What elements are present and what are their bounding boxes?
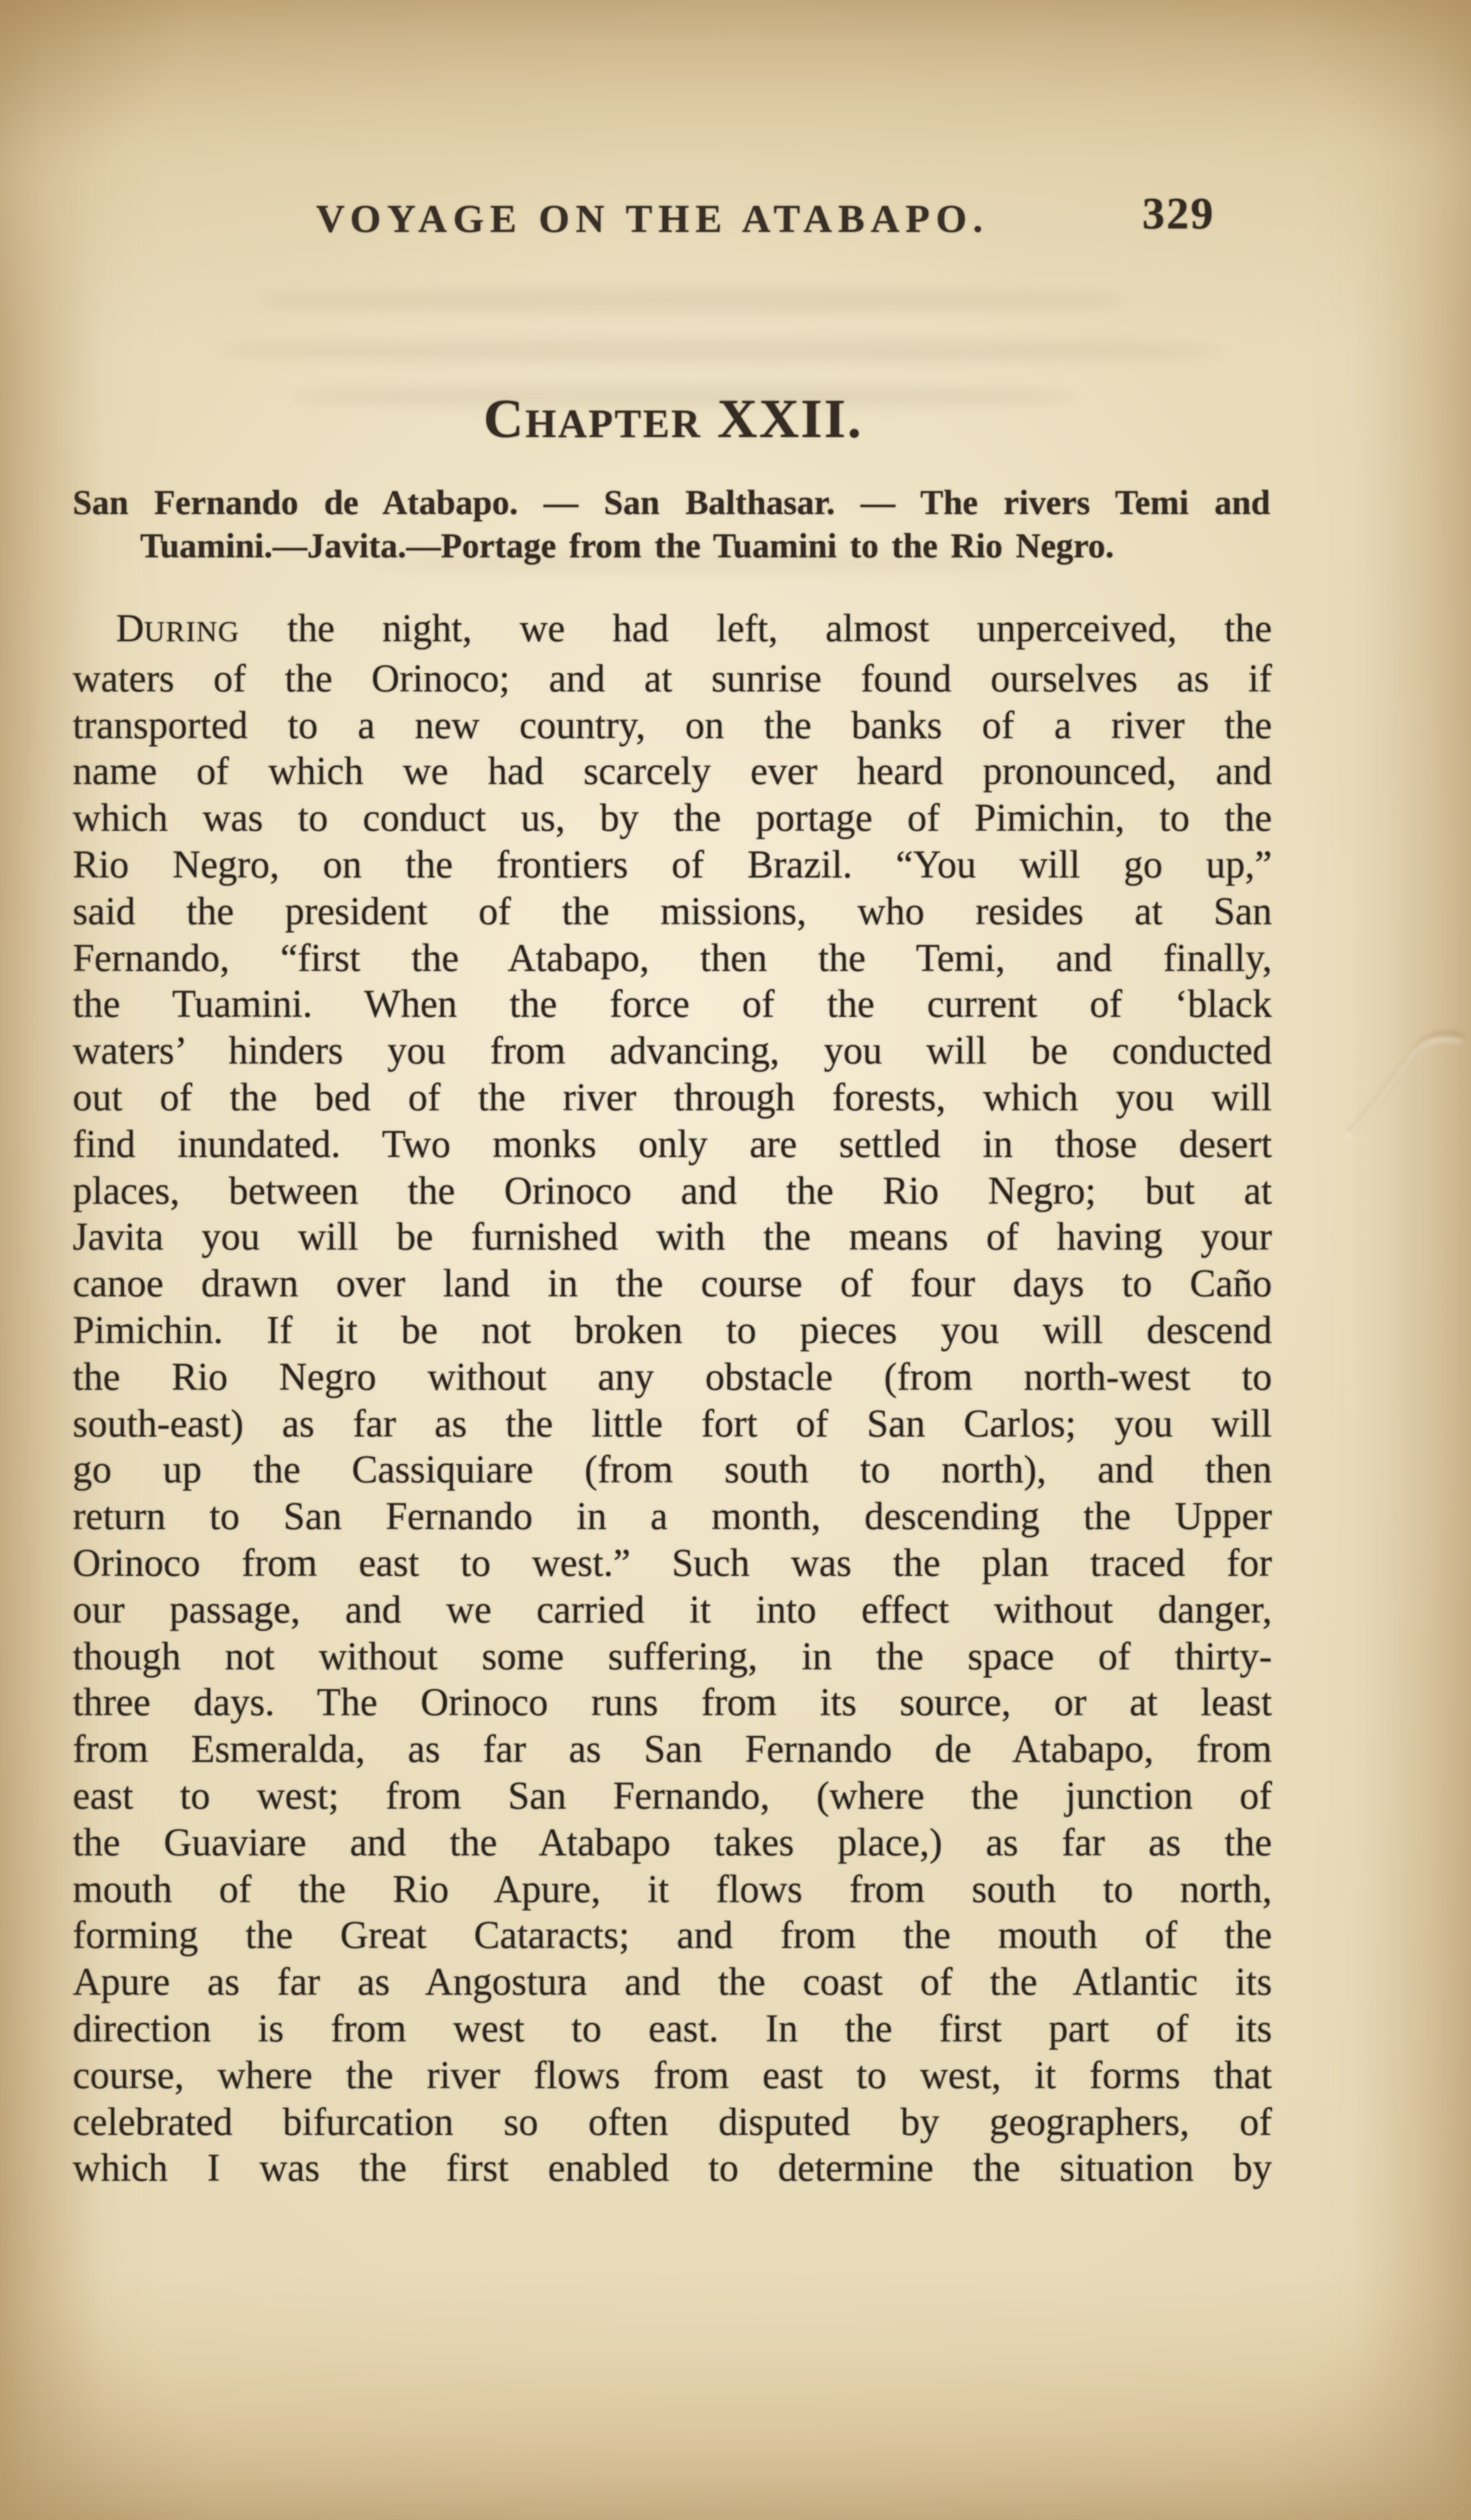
- body-text-line: go up the Cassiquiare (from south to nor…: [73, 1447, 1272, 1494]
- bleed-through-mark: [223, 339, 1218, 362]
- chapter-heading-smallcaps: hapter: [525, 402, 702, 446]
- body-text: During the night, we had left, almost un…: [73, 606, 1272, 2192]
- running-title: VOYAGE ON THE ATABAPO.: [316, 199, 989, 239]
- body-text-line: Rio Negro, on the frontiers of Brazil. “…: [73, 842, 1272, 889]
- paragraph-lead-smallcaps: uring: [145, 616, 240, 648]
- body-text-line: though not without some suffering, in th…: [73, 1634, 1272, 1681]
- body-text-line: the Rio Negro without any obstacle (from…: [73, 1354, 1272, 1401]
- body-text-line: find inundated. Two monks only are settl…: [73, 1122, 1272, 1168]
- body-text-line: During the night, we had left, almost un…: [73, 606, 1272, 656]
- body-text-line: course, where the river flows from east …: [73, 2053, 1272, 2099]
- body-text-line: which was to conduct us, by the portage …: [73, 795, 1272, 842]
- body-text-line: Apure as far as Angostura and the coast …: [73, 1959, 1272, 2006]
- chapter-heading-initial: C: [484, 388, 525, 449]
- paper-crease-mark: [1263, 995, 1471, 1186]
- summary-line: San Fernando de Atabapo. — San Balthasar…: [73, 481, 1270, 524]
- summary-line: Tuamini.—Javita.—Portage from the Tuamin…: [73, 524, 1270, 568]
- body-text-line: celebrated bifurcation so often disputed…: [73, 2099, 1272, 2146]
- body-text-line: the Tuamini. When the force of the curre…: [73, 981, 1272, 1028]
- page-number: 329: [1142, 192, 1215, 237]
- body-text-line: out of the bed of the river through fore…: [73, 1075, 1272, 1122]
- body-text-line: south-east) as far as the little fort of…: [73, 1401, 1272, 1448]
- body-text-lines: waters of the Orinoco; and at sunrise fo…: [73, 656, 1272, 2192]
- paragraph-lead-rest: the night, we had left, almost unperceiv…: [240, 607, 1272, 650]
- body-text-line: places, between the Orinoco and the Rio …: [73, 1168, 1272, 1215]
- body-text-line: direction is from west to east. In the f…: [73, 2006, 1272, 2053]
- body-text-line: east to west; from San Fernando, (where …: [73, 1773, 1272, 1820]
- body-text-line: the Guaviare and the Atabapo takes place…: [73, 1820, 1272, 1867]
- body-text-line: from Esmeralda, as far as San Fernando d…: [73, 1726, 1272, 1773]
- body-text-line: Javita you will be furnished with the me…: [73, 1214, 1272, 1261]
- body-text-line: waters’ hinders you from advancing, you …: [73, 1028, 1272, 1075]
- body-text-line: Pimichin. If it be not broken to pieces …: [73, 1308, 1272, 1354]
- chapter-heading: Chapter XXII.: [484, 391, 863, 447]
- body-text-line: said the president of the missions, who …: [73, 889, 1272, 935]
- body-text-line: mouth of the Rio Apure, it flows from so…: [73, 1867, 1272, 1913]
- book-page-scan: VOYAGE ON THE ATABAPO. 329 Chapter XXII.…: [0, 0, 1471, 2520]
- body-text-line: Fernando, “first the Atabapo, then the T…: [73, 935, 1272, 982]
- body-text-line: forming the Great Cataracts; and from th…: [73, 1912, 1272, 1959]
- body-text-line: three days. The Orinoco runs from its so…: [73, 1680, 1272, 1726]
- body-text-line: Orinoco from east to west.” Such was the…: [73, 1540, 1272, 1587]
- body-text-line: name of which we had scarcely ever heard…: [73, 749, 1272, 795]
- body-text-line: which I was the first enabled to determi…: [73, 2145, 1272, 2192]
- body-text-line: transported to a new country, on the ban…: [73, 703, 1272, 749]
- body-text-line: canoe drawn over land in the course of f…: [73, 1261, 1272, 1308]
- chapter-heading-number: XXII.: [702, 388, 863, 449]
- bleed-through-mark: [260, 289, 1125, 312]
- body-text-line: return to San Fernando in a month, desce…: [73, 1494, 1272, 1540]
- body-text-line: our passage, and we carried it into effe…: [73, 1587, 1272, 1634]
- body-text-line: waters of the Orinoco; and at sunrise fo…: [73, 656, 1272, 703]
- paragraph-initial: D: [116, 607, 145, 650]
- chapter-summary: San Fernando de Atabapo. — San Balthasar…: [73, 481, 1270, 568]
